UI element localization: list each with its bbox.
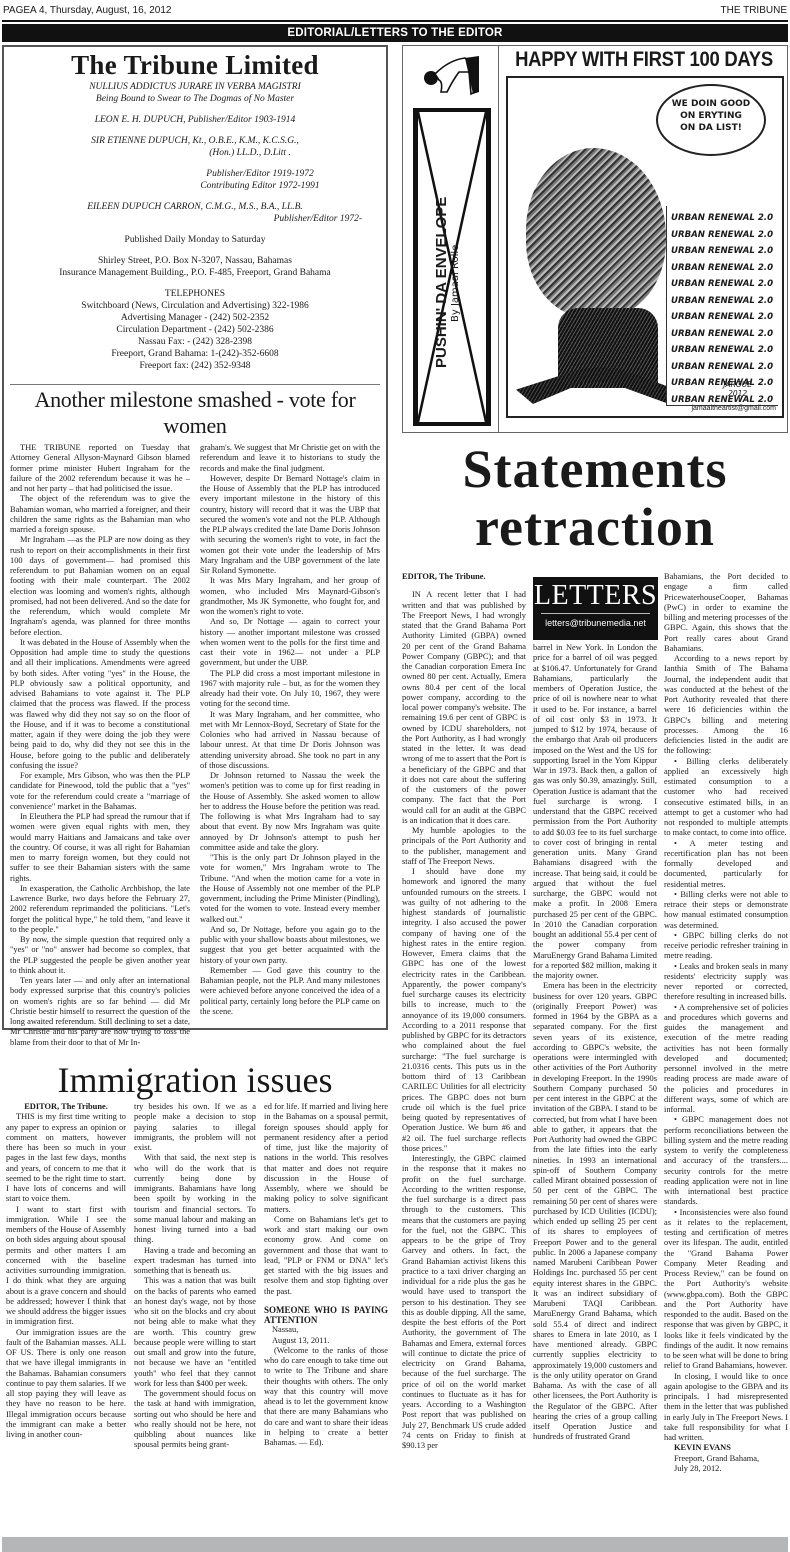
phone-line: Switchboard (News, Circulation and Adver… bbox=[4, 300, 386, 312]
paragraph: IN A recent letter that I had written an… bbox=[402, 590, 526, 826]
letter-headline: Statements retraction bbox=[402, 440, 788, 556]
bullet-item: • GBPC billing clerks do not receive per… bbox=[664, 931, 788, 962]
bullet-item: • A meter testing and recertification pl… bbox=[664, 839, 788, 890]
leaning-figure-icon bbox=[419, 52, 481, 106]
artist-email: jamaaltheartist@gmail.com bbox=[691, 405, 776, 412]
masthead-box: The Tribune Limited NULLIUS ADDICTUS JUR… bbox=[2, 45, 388, 1030]
paragraph: Interestingly, the GBPC claimed in the r… bbox=[402, 1154, 526, 1451]
publisher-3-line2: Publisher/Editor 1972- bbox=[4, 213, 386, 225]
paragraph: With that said, the next step is who wil… bbox=[134, 1153, 256, 1245]
speech-bubble: WE DOIN GOOD ON ERYTING ON DA LIST! bbox=[656, 84, 766, 156]
paragraph: I want to start first with immigration. … bbox=[6, 1205, 126, 1328]
page-footer-bar bbox=[2, 1537, 788, 1552]
paragraph: It was Mary Ingraham, and her committee,… bbox=[200, 710, 380, 772]
signer-name: SOMEONE WHO IS PAYING ATTENTION bbox=[264, 1305, 388, 1326]
cartoon-panel: HAPPY WITH FIRST 100 DAYS WE DOIN GOOD O… bbox=[500, 46, 788, 432]
list-item: URBAN RENEWAL 2.0 bbox=[671, 342, 776, 359]
paragraph: It was Mrs Mary Ingraham, and her group … bbox=[200, 576, 380, 617]
checklist-paper: URBAN RENEWAL 2.0 URBAN RENEWAL 2.0 URBA… bbox=[666, 206, 778, 406]
cartoon-frame: WE DOIN GOOD ON ERYTING ON DA LIST! URBA… bbox=[506, 76, 784, 418]
paragraph: I should have done my homework and ignor… bbox=[402, 867, 526, 1154]
bullet-item: • Billing clerks deliberately applied an… bbox=[664, 757, 788, 839]
phone-line: Circulation Department - (242) 502-2386 bbox=[4, 324, 386, 336]
published-schedule: Published Daily Monday to Saturday bbox=[4, 234, 386, 246]
publisher-2-line2: (Hon.) LL.D., D.Litt . bbox=[4, 147, 386, 159]
paragraph: My humble apologies to the principals of… bbox=[402, 826, 526, 867]
publisher-2-line1: SIR ETIENNE DUPUCH, Kt., O.B.E., K.M., K… bbox=[4, 135, 386, 147]
signer-place: Freeport, Grand Bahama, bbox=[664, 1454, 788, 1464]
paragraph: It was debated in the House of Assembly … bbox=[10, 638, 190, 771]
list-item: URBAN RENEWAL 2.0 bbox=[671, 359, 776, 376]
headline-line: retraction bbox=[402, 498, 788, 556]
letter1-column-3: Bahamians, the Port decided to engage a … bbox=[664, 572, 788, 1474]
page-header: PAGEA 4, Thursday, August, 16, 2012 THE … bbox=[0, 0, 790, 20]
paragraph: Ten years later — and only after an inte… bbox=[10, 976, 190, 1048]
cartoon-title: HAPPY WITH FIRST 100 DAYS bbox=[500, 44, 788, 74]
paragraph: Our immigration issues are the fault of … bbox=[6, 1328, 126, 1441]
masthead-title: The Tribune Limited bbox=[4, 50, 386, 81]
editorial-column-2: graham's. We suggest that Mr Christie ge… bbox=[200, 443, 380, 1048]
paragraph: Remember — God gave this country to the … bbox=[200, 966, 380, 1017]
paragraph: And so, Dr Nottage, before you again go … bbox=[200, 925, 380, 966]
paragraph: Emera has been in the electricity busine… bbox=[533, 981, 657, 1442]
letter2-headline: Immigration issues bbox=[2, 1060, 388, 1100]
address-freeport: Insurance Management Building., P.O. F-4… bbox=[4, 267, 386, 279]
publisher-1: LEON E. H. DUPUCH, Publisher/Editor 1903… bbox=[4, 114, 386, 126]
bullet-item: • A comprehensive set of policies and pr… bbox=[664, 1003, 788, 1116]
letters-email-link[interactable]: letters@tribunemedia.net bbox=[533, 614, 658, 632]
paragraph: And so, Dr Nottage — again to correct yo… bbox=[200, 617, 380, 668]
motto-latin: NULLIUS ADDICTUS JURARE IN VERBA MAGISTR… bbox=[4, 81, 386, 93]
paragraph: THIS is my first time writing to any pap… bbox=[6, 1112, 126, 1204]
letters-logo: LETTERS letters@tribunemedia.net bbox=[533, 577, 658, 640]
publisher-3-line1: EILEEN DUPUCH CARRON, C.M.G., M.S., B.A.… bbox=[4, 201, 386, 213]
paragraph: This was a nation that was built on the … bbox=[134, 1276, 256, 1389]
cartoon-series-label: PUSHIN' DA ENVELOPE By Jamaal Rolle bbox=[433, 197, 461, 368]
headline-line: Statements bbox=[402, 440, 788, 498]
signer-name: KEVIN EVANS bbox=[664, 1443, 788, 1453]
paragraph: For example, Mrs Gibson, who was then th… bbox=[10, 771, 190, 812]
paragraph: "This is the only part Dr Johnson played… bbox=[200, 853, 380, 925]
editorial-body: THE TRIBUNE reported on Tuesday that Att… bbox=[4, 439, 386, 1048]
speech-line: ON ERYTING bbox=[658, 110, 764, 122]
speech-line: ON DA LIST! bbox=[658, 122, 764, 134]
list-item: URBAN RENEWAL 2.0 bbox=[671, 227, 776, 244]
list-item: URBAN RENEWAL 2.0 bbox=[671, 210, 776, 227]
bullet-item: • GBPC management does not perform recon… bbox=[664, 1115, 788, 1207]
list-item: URBAN RENEWAL 2.0 bbox=[671, 243, 776, 260]
paragraph: In Eleuthera the PLP had spread the rumo… bbox=[10, 812, 190, 884]
signer-place: Nassau, bbox=[264, 1325, 388, 1335]
paragraph: Come on Bahamians let's get to work and … bbox=[264, 1215, 388, 1297]
paragraph: However, despite Dr Bernard Nottage's cl… bbox=[200, 474, 380, 577]
signature-name: JAROUE bbox=[723, 380, 752, 389]
paragraph: By now, the simple question that require… bbox=[10, 935, 190, 976]
series-byline: By Jamaal Rolle bbox=[450, 197, 461, 322]
bullet-item: • Inconsistencies were also found as it … bbox=[664, 1208, 788, 1372]
section-title: EDITORIAL/LETTERS TO THE EDITOR bbox=[2, 24, 788, 42]
list-item: URBAN RENEWAL 2.0 bbox=[671, 276, 776, 293]
motto-english: Being Bound to Swear to The Dogmas of No… bbox=[4, 93, 386, 105]
paragraph: graham's. We suggest that Mr Christie ge… bbox=[200, 443, 380, 474]
editorial-headline: Another milestone smashed - vote for wom… bbox=[4, 387, 386, 439]
letter2-column-2: try besides his own. If we as a people m… bbox=[134, 1102, 256, 1451]
bullet-item: • Leaks and broken seals in many residen… bbox=[664, 962, 788, 1003]
series-title: PUSHIN' DA ENVELOPE bbox=[433, 197, 450, 368]
page-info: PAGEA 4, Thursday, August, 16, 2012 bbox=[3, 5, 171, 16]
phone-line: Advertising Manager - (242) 502-2352 bbox=[4, 312, 386, 324]
cartoon-series-banner: PUSHIN' DA ENVELOPE By Jamaal Rolle bbox=[403, 46, 499, 432]
letter1-column-1: EDITOR, The Tribune. IN A recent letter … bbox=[402, 572, 526, 1451]
editor-note: (Welcome to the ranks of those who do ca… bbox=[264, 1346, 388, 1449]
caricature-head bbox=[526, 148, 666, 318]
list-item: URBAN RENEWAL 2.0 bbox=[671, 260, 776, 277]
salutation: EDITOR, The Tribune. bbox=[6, 1102, 126, 1112]
artist-signature: JAROUE 2012 bbox=[723, 380, 752, 398]
speech-line: WE DOIN GOOD bbox=[658, 98, 764, 110]
paragraph: According to a news report by Ianthia Sm… bbox=[664, 654, 788, 757]
publisher-2-line4: Contributing Editor 1972-1991 bbox=[4, 180, 386, 192]
paragraph: Mr Ingraham —as the PLP are now doing as… bbox=[10, 535, 190, 638]
paragraph: Having a trade and becoming an expert tr… bbox=[134, 1246, 256, 1277]
phone-line: Nassau Fax: - (242) 328-2398 bbox=[4, 336, 386, 348]
masthead-divider bbox=[10, 384, 380, 385]
letter2-column-1: EDITOR, The Tribune. THIS is my first ti… bbox=[6, 1102, 126, 1440]
paper-name: THE TRIBUNE bbox=[721, 5, 788, 16]
list-item: URBAN RENEWAL 2.0 bbox=[671, 326, 776, 343]
editorial-cartoon: PUSHIN' DA ENVELOPE By Jamaal Rolle HAPP… bbox=[402, 45, 788, 433]
paragraph: barrel in New York. In London the price … bbox=[533, 643, 657, 981]
telephones-heading: TELEPHONES bbox=[4, 288, 386, 300]
publisher-2-line3: Publisher/Editor 1919-1972 bbox=[4, 168, 386, 180]
paragraph: THE TRIBUNE reported on Tuesday that Att… bbox=[10, 443, 190, 494]
list-item: URBAN RENEWAL 2.0 bbox=[671, 293, 776, 310]
address-nassau: Shirley Street, P.O. Box N-3207, Nassau,… bbox=[4, 255, 386, 267]
paragraph: In closing, I would like to once again a… bbox=[664, 1372, 788, 1444]
phone-line: Freeport fax: (242) 352-9348 bbox=[4, 360, 386, 372]
phone-line: Freeport, Grand Bahama: 1-(242)-352-6608 bbox=[4, 348, 386, 360]
paragraph: ed for life. If married and living here … bbox=[264, 1102, 388, 1215]
paragraph: The government should focus on the task … bbox=[134, 1389, 256, 1451]
signature-year: 2012 bbox=[723, 389, 752, 398]
header-rule bbox=[2, 20, 788, 22]
letter1-column-2: barrel in New York. In London the price … bbox=[533, 643, 657, 1443]
signer-date: August 13, 2011. bbox=[264, 1336, 388, 1346]
letters-word: LETTERS bbox=[533, 579, 658, 613]
paragraph: try besides his own. If we as a people m… bbox=[134, 1102, 256, 1153]
paragraph: Bahamians, the Port decided to engage a … bbox=[664, 572, 788, 654]
paragraph: Dr Johnson returned to Nassau the week t… bbox=[200, 771, 380, 853]
paragraph: The PLP did cross a most important miles… bbox=[200, 669, 380, 710]
bullet-item: • Billing clerks were not able to retrac… bbox=[664, 890, 788, 931]
editorial-column-1: THE TRIBUNE reported on Tuesday that Att… bbox=[10, 443, 190, 1048]
paragraph: The object of the referendum was to give… bbox=[10, 494, 190, 535]
signer-date: July 28, 2012. bbox=[664, 1464, 788, 1474]
paragraph: In exasperation, the Catholic Archbishop… bbox=[10, 884, 190, 935]
list-item: URBAN RENEWAL 2.0 bbox=[671, 309, 776, 326]
salutation: EDITOR, The Tribune. bbox=[402, 572, 526, 582]
letter2-column-3: ed for life. If married and living here … bbox=[264, 1102, 388, 1448]
